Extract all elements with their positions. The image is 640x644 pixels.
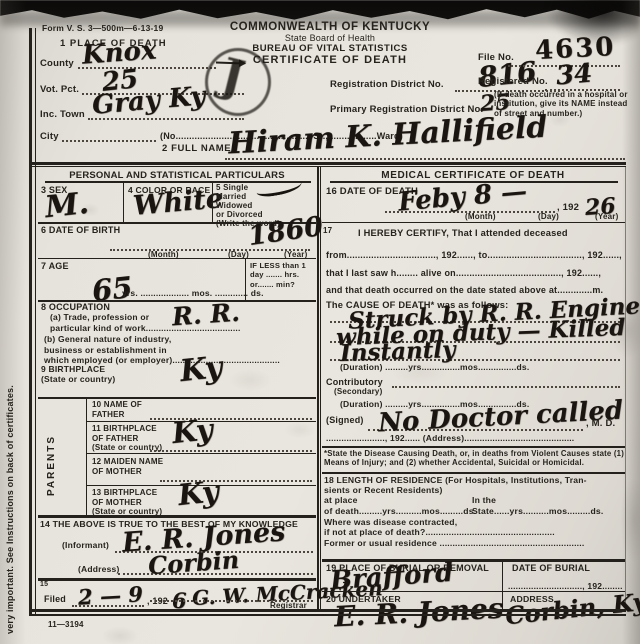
header-divider-top <box>29 162 626 165</box>
if-less-label: IF LESS than 1 day ....... hrs. or......… <box>250 261 306 289</box>
burial-mid-line <box>322 591 625 592</box>
full-name-label: 2 FULL NAME <box>162 143 231 154</box>
dob-row-bottom-line <box>38 258 316 259</box>
file-no-label: File No. <box>478 52 514 63</box>
board-subtitle: State Board of Health <box>195 33 465 43</box>
father-birthplace-value: Ky <box>170 412 214 450</box>
inc-town-label: Inc. Town <box>40 109 85 120</box>
contributory-label: Contributory <box>326 377 383 387</box>
mother-birthplace-value: Ky <box>176 474 220 512</box>
registered-no-label: Registered No. <box>478 76 548 87</box>
certify-died-line: and that death occurred on the date stat… <box>326 285 624 295</box>
margin-note: very important. See Instructions on back… <box>5 184 15 634</box>
dod-row-bottom-line <box>322 222 625 223</box>
contracted-label: Where was disease contracted, <box>324 517 457 527</box>
burial-top-line <box>322 559 625 562</box>
occupation-a-value: R. R. <box>171 298 241 332</box>
burial-date-label: DATE OF BURIAL <box>512 563 590 573</box>
contracted-line: if not at place of death?...............… <box>324 527 624 537</box>
certify-statement: I HEREBY CERTIFY, That I attended deceas… <box>358 228 568 238</box>
md-label: , M. D. <box>586 418 615 429</box>
race-marital-divider <box>212 183 213 222</box>
death-certificate-scan: very important. See Instructions on back… <box>0 0 640 644</box>
vot-pct-label: Vot. Pct. <box>40 84 79 95</box>
mother-birthplace-label: 13 BIRTHPLACE OF MOTHER (State or countr… <box>92 488 162 517</box>
violent-note-top-line <box>322 446 625 448</box>
age-units-label: yrs. ................... mos. ..........… <box>122 288 264 298</box>
stamp-mark: J <box>216 47 250 105</box>
age-label: 7 AGE <box>41 261 69 271</box>
dod-day-label: (Day) <box>538 212 559 221</box>
birthplace-value: Ky <box>178 350 224 389</box>
residence-top-line <box>322 472 625 474</box>
father-birthplace-line <box>150 449 312 452</box>
mother-name-label: 12 MAIDEN NAME OF MOTHER <box>92 457 163 476</box>
medical-section-title: MEDICAL CERTIFICATE OF DEATH <box>322 170 624 181</box>
dod-year-printed: , 192 <box>557 202 579 213</box>
registration-district-label: Registration District No. <box>330 79 444 90</box>
personal-section-title: PERSONAL AND STATISTICAL PARTICULARS <box>38 170 316 181</box>
registered-no-value: 34 <box>555 58 594 91</box>
former-residence: Former or usual residence ..............… <box>324 538 624 549</box>
certify-from-line: from................................., 1… <box>326 250 624 260</box>
dod-month-label: (Month) <box>465 212 496 221</box>
dob-label: 6 DATE OF BIRTH <box>41 225 120 235</box>
dod-year-label: (Year) <box>595 212 618 221</box>
form-code: Form V. S. 3—500m—6-13-19 <box>42 23 163 33</box>
bottom-border-heavy <box>29 609 626 612</box>
footer-form-code: 11—3194 <box>48 620 84 629</box>
header-divider-bottom <box>29 166 626 167</box>
table-right-border <box>625 167 626 612</box>
birthplace-label: 9 BIRTHPLACE (State or country) <box>41 364 115 384</box>
registrar-stamp: J <box>205 48 271 116</box>
parents-inner-divider <box>86 397 87 515</box>
duration-1-line: (Duration) .........yrs...............mo… <box>340 362 624 372</box>
residence-label: 18 LENGTH OF RESIDENCE (For Hospitals, I… <box>324 475 624 496</box>
violent-note: *State the Disease Causing Death, or, in… <box>324 449 624 467</box>
occupation-label: 8 OCCUPATION <box>41 302 110 312</box>
city-label: City <box>40 131 59 142</box>
sex-value: M. <box>43 186 90 225</box>
secondary-label: (Secondary) <box>334 387 382 396</box>
birthplace-bottom-line <box>38 397 316 399</box>
bottom-border-thin <box>29 614 626 616</box>
signed-date-line: ......................., 192...... (Addr… <box>326 433 624 443</box>
parents-section-label: PARENTS <box>46 400 57 496</box>
certify-saw-line: that I last saw h........ alive on......… <box>326 268 624 278</box>
certificate-left-border-inner <box>35 28 36 614</box>
filed-number: 15 <box>40 581 48 588</box>
occupation-spacer <box>38 360 316 362</box>
filed-row-top-line <box>38 578 316 581</box>
city-line <box>62 139 156 142</box>
filed-date-value: 2 — 9 <box>77 581 143 609</box>
burial-date-line: ............................., 192......… <box>508 581 624 591</box>
father-birthplace-bottom-line <box>86 453 316 454</box>
sex-race-divider <box>123 183 124 222</box>
father-name-label: 10 NAME OF FATHER <box>92 400 142 419</box>
age-ifless-divider <box>245 258 246 300</box>
informant-label: (Informant) <box>62 540 109 550</box>
certificate-left-border <box>29 28 32 614</box>
certify-number: 17 <box>323 226 332 235</box>
residence-at-place: at place of death.........yrs..........m… <box>324 495 476 517</box>
signed-label: (Signed) <box>326 415 364 425</box>
residence-in-state: In the State......yrs..........mos......… <box>472 495 604 517</box>
filed-label: Filed <box>44 594 66 604</box>
dob-line <box>110 248 310 251</box>
informant-address-label: (Address) <box>78 564 119 574</box>
commonwealth-title: COMMONWEALTH OF KENTUCKY <box>195 21 465 33</box>
contributory-line <box>392 385 620 388</box>
county-label: County <box>40 58 74 69</box>
